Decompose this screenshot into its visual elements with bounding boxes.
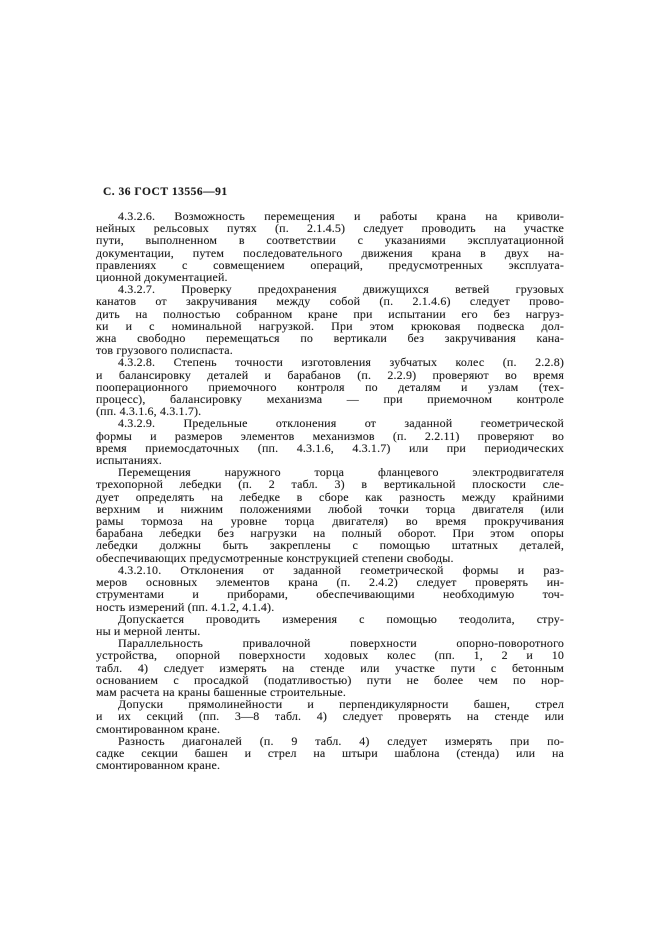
text-line: лебедки должны быть закреплены с помощью…	[96, 539, 564, 551]
text-line: трехопорной лебедки (п. 2 табл. 3) в вер…	[96, 478, 564, 490]
paragraph-4-3-2-6: 4.3.2.6. Возможность перемещения и работ…	[96, 210, 564, 283]
text-line: канатов от закручивания между собой (п. …	[96, 295, 564, 307]
paragraph-parallelism: Параллельность привалочной поверхности о…	[96, 637, 564, 698]
text-line: дить на полностью собранном кране при ис…	[96, 308, 564, 320]
paragraph-4-3-2-8: 4.3.2.8. Степень точности изготовления з…	[96, 356, 564, 417]
text-line: пути, выполненном в соответствии с указа…	[96, 234, 564, 246]
paragraph-diagonals: Разность диагоналей (п. 9 табл. 4) следу…	[96, 735, 564, 772]
text-line: табл. 4) следует измерять на стенде или …	[96, 662, 564, 674]
paragraph-winch-motor: Перемещения наружного торца фланцевого э…	[96, 466, 564, 564]
text-line: 4.3.2.8. Степень точности изготовления з…	[96, 356, 564, 368]
text-line: документации, путем последовательного дв…	[96, 247, 564, 259]
text-line: и балансировку деталей и барабанов (п. 2…	[96, 369, 564, 381]
text-line: устройства, опорной поверхности ходовых …	[96, 649, 564, 661]
paragraph-straightness: Допуски прямолинейности и перпендикулярн…	[96, 698, 564, 735]
page-header: С. 36 ГОСТ 13556—91	[103, 186, 228, 198]
text-line: ность измерений (пп. 4.1.2, 4.1.4).	[96, 601, 564, 613]
text-line: струментами и приборами, обеспечивающими…	[96, 588, 564, 600]
text-block: 4.3.2.6. Возможность перемещения и работ…	[96, 210, 564, 771]
paragraph-4-3-2-10: 4.3.2.10. Отклонения от заданной геометр…	[96, 564, 564, 613]
document-page: С. 36 ГОСТ 13556—91 4.3.2.6. Возможность…	[0, 0, 661, 935]
paragraph-4-3-2-7: 4.3.2.7. Проверку предохранения движущих…	[96, 283, 564, 356]
text-line: 4.3.2.9. Предельные отклонения от заданн…	[96, 417, 564, 429]
paragraph-theodolite: Допускается проводить измерения с помощь…	[96, 613, 564, 637]
text-line: смонтированном кране.	[96, 759, 564, 771]
text-line: смонтированном кране.	[96, 723, 564, 735]
text-line: время приемосдаточных (пп. 4.3.1.6, 4.3.…	[96, 442, 564, 454]
paragraph-4-3-2-9: 4.3.2.9. Предельные отклонения от заданн…	[96, 417, 564, 466]
text-line: и их секций (пп. 3—8 табл. 4) следует пр…	[96, 710, 564, 722]
